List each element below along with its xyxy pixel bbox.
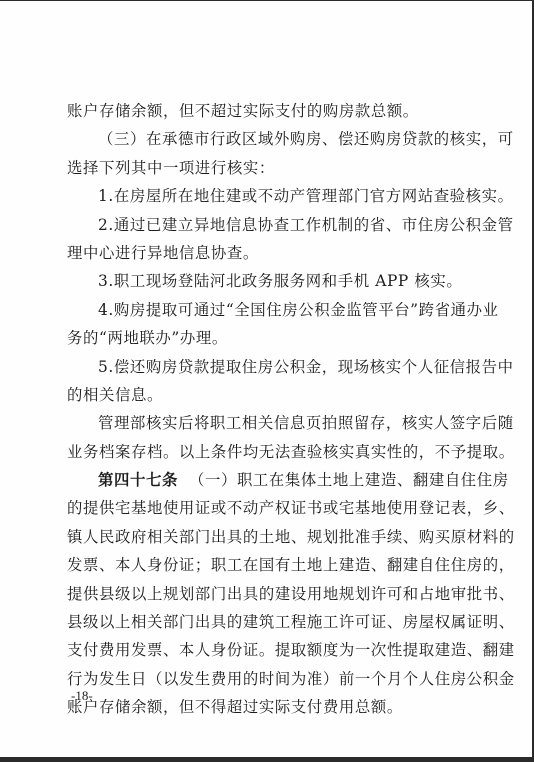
text-line: 务的“两地联办”办理。	[67, 324, 467, 352]
list-item: 3.职工现场登陆河北政务服务网和手机 APP 核实。	[67, 267, 467, 295]
article-heading: 第四十七条	[98, 471, 178, 489]
document-page: 账户存储余额，但不超过实际支付的购房款总额。 （三）在承德市行政区域外购房、偿还…	[0, 1, 532, 757]
text-line: 行为发生日（以发生费用的时间为准）前一个月个人住房公积金	[67, 665, 467, 693]
list-item: 1.在房屋所在地住建或不动产管理部门官方网站查验核实。	[67, 182, 467, 210]
text-line: 账户存储余额，但不得超过实际支付费用总额。	[67, 693, 467, 721]
text-line: （三）在承德市行政区域外购房、偿还购房贷款的核实，可	[67, 125, 467, 153]
text-line: 镇人民政府相关部门出具的土地、规划批准手续、购买原材料的	[67, 523, 467, 551]
list-item: 4.购房提取可通过“全国住房公积金监管平台”跨省通办业	[67, 296, 467, 324]
page-number: -18-	[71, 688, 93, 704]
text-line: 县级以上相关部门出具的建筑工程施工许可证、房屋权属证明、	[67, 608, 467, 636]
text-line: 业务档案存档。以上条件均无法查验核实真实性的，不予提取。	[67, 438, 467, 466]
text-line: 的提供宅基地使用证或不动产权证书或宅基地使用登记表，乡、	[67, 494, 467, 522]
document-body: 账户存储余额，但不超过实际支付的购房款总额。 （三）在承德市行政区域外购房、偿还…	[67, 97, 467, 722]
text-line: 支付费用发票、本人身份证。提取额度为一次性提取建造、翻建	[67, 636, 467, 664]
text-line: 发票、本人身份证；职工在国有土地上建造、翻建自住住房的，	[67, 551, 467, 579]
list-item: 2.通过已建立异地信息协查工作机制的省、市住房公积金管	[67, 211, 467, 239]
text-line: 的相关信息。	[67, 381, 467, 409]
article-text: （一）职工在集体土地上建造、翻建自住住房	[189, 471, 509, 489]
article-line: 第四十七条 （一）职工在集体土地上建造、翻建自住住房	[67, 466, 467, 494]
text-line: 理中心进行异地信息协查。	[67, 239, 467, 267]
text-line: 管理部核实后将职工相关信息页拍照留存，核实人签字后随	[67, 409, 467, 437]
text-line: 选择下列其中一项进行核实：	[67, 154, 467, 182]
text-line: 提供县级以上规划部门出具的建设用地规划许可和占地审批书、	[67, 580, 467, 608]
list-item: 5.偿还购房贷款提取住房公积金，现场核实个人征信报告中	[67, 353, 467, 381]
text-line: 账户存储余额，但不超过实际支付的购房款总额。	[67, 97, 467, 125]
